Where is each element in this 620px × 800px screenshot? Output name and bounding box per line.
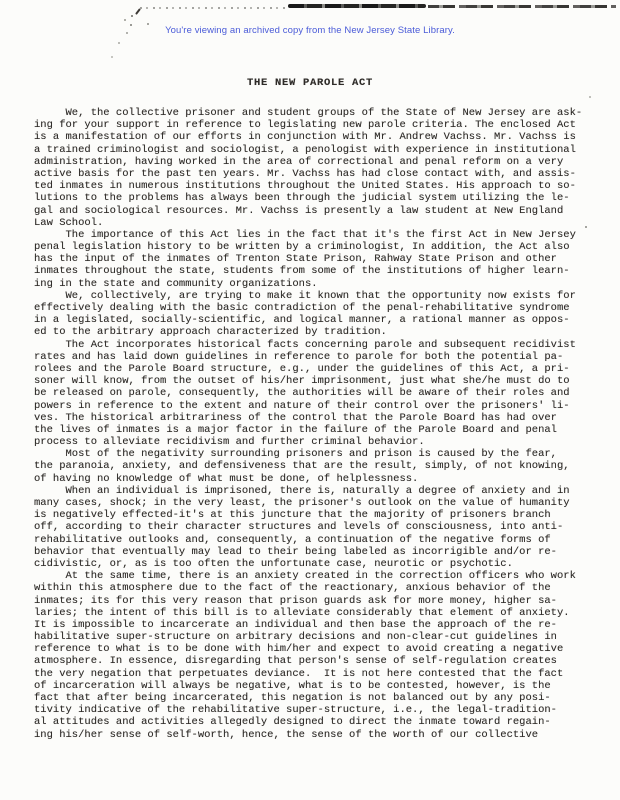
text-line: in a legislated, socially-scientific, an…: [34, 314, 594, 326]
text-line: rehabilitative outlooks and, consequentl…: [34, 534, 594, 546]
text-line: Law School.: [34, 217, 594, 229]
text-line: The Act incorporates historical facts co…: [34, 339, 594, 351]
pencil-mark: [135, 8, 141, 15]
text-line: ing in the state and community organizat…: [34, 278, 594, 290]
text-line: reference to what is to be done with him…: [34, 643, 594, 655]
text-line: habilitative super-structure on arbitrar…: [34, 631, 594, 643]
text-line: the paranoia, anxiety, and defensiveness…: [34, 460, 594, 472]
text-line: penal legislation history to be written …: [34, 241, 594, 253]
text-line: tivity indicative of the rehabilitative …: [34, 704, 594, 716]
text-line: of incarceration will always be negative…: [34, 680, 594, 692]
scanned-document-page: You're viewing an archived copy from the…: [0, 0, 620, 800]
document-title: THE NEW PAROLE ACT: [0, 77, 620, 89]
text-line: ted inmates in numerous institutions thr…: [34, 180, 594, 192]
text-line: rolees and the Parole Board structure, e…: [34, 363, 594, 375]
text-line: ing for your support in reference to leg…: [34, 119, 594, 131]
text-line: off, according to their character struct…: [34, 521, 594, 533]
text-line: of having no knowledge of what must be d…: [34, 473, 594, 485]
text-line: the lives of inmates is a major factor i…: [34, 424, 594, 436]
text-line: powers in reference to the extent and na…: [34, 400, 594, 412]
text-line: It is impossible to incarcerate an indiv…: [34, 619, 594, 631]
scan-specks: [0, 0, 2, 2]
text-line: fact that after being incarcerated, this…: [34, 692, 594, 704]
text-line: The importance of this Act lies in the f…: [34, 229, 594, 241]
text-line: We, collectively, are trying to make it …: [34, 290, 594, 302]
text-line: atmosphere. In essence, disregarding tha…: [34, 655, 594, 667]
text-line: is negatively effected-it's at this junc…: [34, 509, 594, 521]
scan-artifact-top-middle: [288, 4, 426, 8]
text-line: the very negation that perpetuates devia…: [34, 668, 594, 680]
text-line: is a manifestation of our efforts in con…: [34, 131, 594, 143]
text-line: effectively dealing with the basic contr…: [34, 302, 594, 314]
text-line: has the input of the inmates of Trenton …: [34, 253, 594, 265]
text-line: When an individual is imprisoned, there …: [34, 485, 594, 497]
document-body: We, the collective prisoner and student …: [34, 107, 594, 741]
text-line: administration, having worked in the are…: [34, 156, 594, 168]
text-line: process to alleviate recidivism and furt…: [34, 436, 594, 448]
text-line: At the same time, there is an anxiety cr…: [34, 570, 594, 582]
text-line: rates and has laid down guidelines in re…: [34, 351, 594, 363]
scan-artifact-top-left: [140, 7, 288, 9]
text-line: ed to the arbitrary approach characteriz…: [34, 326, 594, 338]
text-line: within this atmosphere due to the fact o…: [34, 582, 594, 594]
text-line: gal and sociological resources. Mr. Vach…: [34, 205, 594, 217]
text-line: We, the collective prisoner and student …: [34, 107, 594, 119]
text-line: inmates throughout the state, students f…: [34, 265, 594, 277]
text-line: active basis for the past ten years. Mr.…: [34, 168, 594, 180]
text-line: laries; the intent of this bill is to al…: [34, 607, 594, 619]
text-line: soner will know, from the outset of his/…: [34, 375, 594, 387]
text-line: cidivistic, or, as is too often the unfo…: [34, 558, 594, 570]
text-line: al attitudes and activities allegedly de…: [34, 716, 594, 728]
text-line: ing his/her sense of self-worth, hence, …: [34, 729, 594, 741]
text-line: Most of the negativity surrounding priso…: [34, 448, 594, 460]
text-line: inmates; its for this very reason that p…: [34, 595, 594, 607]
text-line: a trained criminologist and sociologist,…: [34, 144, 594, 156]
text-line: lutions to the problems has always been …: [34, 192, 594, 204]
text-line: behavior that eventually may lead to the…: [34, 546, 594, 558]
archive-banner: You're viewing an archived copy from the…: [0, 25, 620, 36]
text-line: be released on parole, consequently, the…: [34, 387, 594, 399]
text-line: many cases, shock; in the very least, th…: [34, 497, 594, 509]
text-line: ves. The historical arbitrariness of the…: [34, 412, 594, 424]
scan-artifact-top-right: [428, 5, 616, 8]
